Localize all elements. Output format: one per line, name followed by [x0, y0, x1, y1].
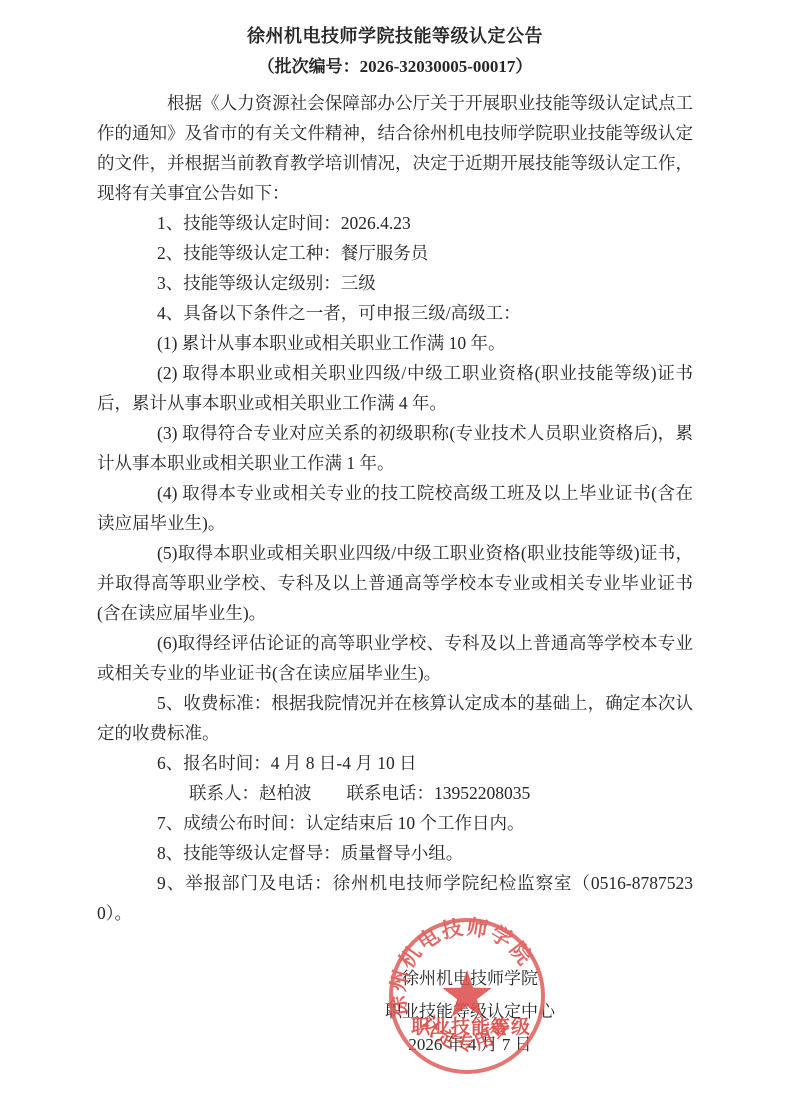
list-item-4: 4、具备以下条件之一者，可申报三级/高级工： [97, 298, 693, 328]
page-title: 徐州机电技师学院技能等级认定公告 [97, 20, 693, 52]
document-content: 徐州机电技师学院技能等级认定公告 （批次编号：2026-32030005-000… [97, 20, 693, 928]
contact-line: 联系人：赵柏波 联系电话：13952208035 [97, 778, 693, 808]
list-item-6: 6、报名时间：4 月 8 日-4 月 10 日 [97, 748, 693, 778]
condition-6: (6)取得经评估论证的高等职业学校、专科及以上普通高等学校本专业或相关专业的毕业… [97, 628, 693, 688]
list-item-7: 7、成绩公布时间：认定结束后 10 个工作日内。 [97, 808, 693, 838]
batch-number: （批次编号：2026-32030005-00017） [97, 52, 693, 82]
list-item-8: 8、技能等级认定督导：质量督导小组。 [97, 838, 693, 868]
list-item-5: 5、收费标准：根据我院情况并在核算认定成本的基础上，确定本次认定的收费标准。 [97, 688, 693, 748]
list-item-1: 1、技能等级认定时间：2026.4.23 [97, 208, 693, 238]
official-seal: 徐州机电技师学院 职业技能等级 认定专用章 [382, 911, 552, 1081]
intro-paragraph: 根据《人力资源社会保障部办公厅关于开展职业技能等级认定试点工作的通知》及省市的有… [97, 88, 693, 208]
document-page: 徐州机电技师学院技能等级认定公告 （批次编号：2026-32030005-000… [0, 0, 793, 1098]
condition-3: (3) 取得符合专业对应关系的初级职称(专业技术人员职业资格后)，累计从事本职业… [97, 418, 693, 478]
list-item-3: 3、技能等级认定级别：三级 [97, 268, 693, 298]
condition-1: (1) 累计从事本职业或相关职业工作满 10 年。 [97, 328, 693, 358]
condition-4: (4) 取得本专业或相关专业的技工院校高级工班及以上毕业证书(含在读应届毕业生)… [97, 478, 693, 538]
star-icon [442, 970, 491, 1017]
list-item-2: 2、技能等级认定工种：餐厅服务员 [97, 238, 693, 268]
condition-2: (2) 取得本职业或相关职业四级/中级工职业资格(职业技能等级)证书后，累计从事… [97, 358, 693, 418]
condition-5: (5)取得本职业或相关职业四级/中级工职业资格(职业技能等级)证书，并取得高等职… [97, 538, 693, 628]
